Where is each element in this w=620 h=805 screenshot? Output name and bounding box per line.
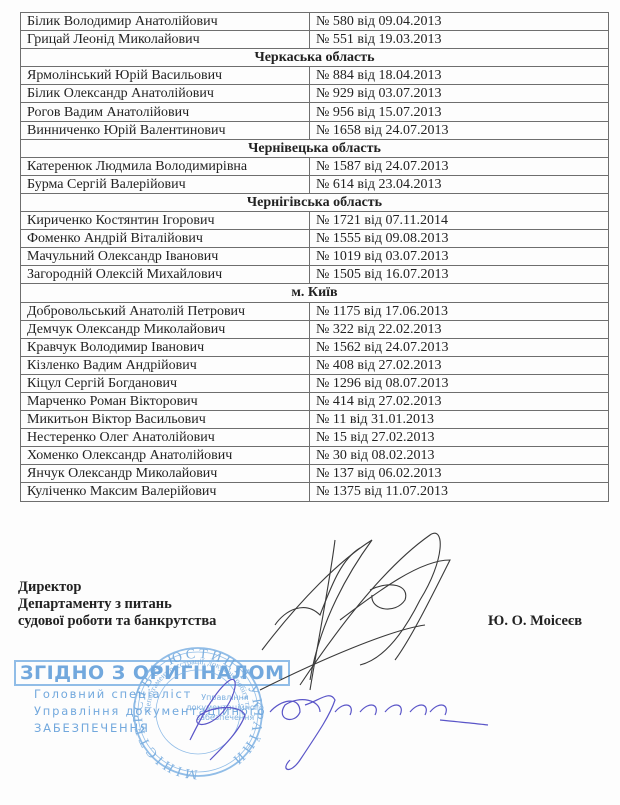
table-row: Фоменко Андрій Віталійович№ 1555 від 09.… bbox=[21, 230, 609, 248]
region-header-row: м. Київ bbox=[21, 284, 609, 302]
person-name: Демчук Олександр Миколайович bbox=[21, 320, 310, 338]
certificate-number: № 322 від 22.02.2013 bbox=[310, 320, 609, 338]
certificate-number: № 1555 від 09.08.2013 bbox=[310, 230, 609, 248]
certificate-number: № 614 від 23.04.2013 bbox=[310, 175, 609, 193]
certificate-number: № 884 від 18.04.2013 bbox=[310, 67, 609, 85]
table-row: Рогов Вадим Анатолійович№ 956 від 15.07.… bbox=[21, 103, 609, 121]
region-header-row: Черкаська область bbox=[21, 49, 609, 67]
person-name: Грицай Леонід Миколайович bbox=[21, 31, 310, 49]
region-name: Черкаська область bbox=[21, 49, 609, 67]
person-name: Ярмолінський Юрій Васильович bbox=[21, 67, 310, 85]
certificate-number: № 408 від 27.02.2013 bbox=[310, 356, 609, 374]
table-row: Добровольський Анатолій Петрович№ 1175 в… bbox=[21, 302, 609, 320]
table-row: Кіцул Сергій Богданович№ 1296 від 08.07.… bbox=[21, 374, 609, 392]
certificate-number: № 11 від 31.01.2013 bbox=[310, 411, 609, 429]
person-name: Кізленко Вадим Андрійович bbox=[21, 356, 310, 374]
certificate-number: № 414 від 27.02.2013 bbox=[310, 392, 609, 410]
region-header-row: Чернівецька область bbox=[21, 139, 609, 157]
person-name: Марченко Роман Вікторович bbox=[21, 392, 310, 410]
person-name: Винниченко Юрій Валентинович bbox=[21, 121, 310, 139]
person-name: Микитьон Віктор Васильович bbox=[21, 411, 310, 429]
copy-stamp: ЗГІДНО З ОРИГІНАЛОМ Головний спеціаліст … bbox=[14, 660, 290, 737]
table-row: Грицай Леонід Миколайович№ 551 від 19.03… bbox=[21, 31, 609, 49]
signatory-title-line: Департаменту з питань bbox=[18, 596, 216, 613]
person-name: Катеренюк Людмила Володимирівна bbox=[21, 157, 310, 175]
certificate-number: № 1375 від 11.07.2013 bbox=[310, 483, 609, 501]
person-name: Рогов Вадим Анатолійович bbox=[21, 103, 310, 121]
table-row: Кравчук Володимир Іванович№ 1562 від 24.… bbox=[21, 338, 609, 356]
table-row: Білик Володимир Анатолійович№ 580 від 09… bbox=[21, 13, 609, 31]
certificate-table: Білик Володимир Анатолійович№ 580 від 09… bbox=[20, 12, 609, 502]
person-name: Білик Олександр Анатолійович bbox=[21, 85, 310, 103]
certificate-number: № 1587 від 24.07.2013 bbox=[310, 157, 609, 175]
table-row: Ярмолінський Юрій Васильович№ 884 від 18… bbox=[21, 67, 609, 85]
table-row: Винниченко Юрій Валентинович№ 1658 від 2… bbox=[21, 121, 609, 139]
region-name: м. Київ bbox=[21, 284, 609, 302]
region-name: Чернігівська область bbox=[21, 193, 609, 211]
table-row: Нестеренко Олег Анатолійович№ 15 від 27.… bbox=[21, 429, 609, 447]
person-name: Мачульний Олександр Іванович bbox=[21, 248, 310, 266]
copy-stamp-line: Управління документаційного bbox=[34, 703, 290, 720]
table-row: Марченко Роман Вікторович№ 414 від 27.02… bbox=[21, 392, 609, 410]
signatory-title-line: судової роботи та банкрутства bbox=[18, 613, 216, 630]
person-name: Добровольський Анатолій Петрович bbox=[21, 302, 310, 320]
certificate-number: № 929 від 03.07.2013 bbox=[310, 85, 609, 103]
table-row: Куліченко Максим Валерійович№ 1375 від 1… bbox=[21, 483, 609, 501]
copy-stamp-line: Головний спеціаліст bbox=[34, 686, 290, 703]
table-row: Кізленко Вадим Андрійович№ 408 від 27.02… bbox=[21, 356, 609, 374]
copy-stamp-heading: ЗГІДНО З ОРИГІНАЛОМ bbox=[14, 660, 290, 686]
person-name: Куліченко Максим Валерійович bbox=[21, 483, 310, 501]
certificate-number: № 137 від 06.02.2013 bbox=[310, 465, 609, 483]
person-name: Фоменко Андрій Віталійович bbox=[21, 230, 310, 248]
certificate-number: № 1019 від 03.07.2013 bbox=[310, 248, 609, 266]
table-row: Загородній Олексій Михайлович№ 1505 від … bbox=[21, 266, 609, 284]
table-row: Бурма Сергій Валерійович№ 614 від 23.04.… bbox=[21, 175, 609, 193]
table-row: Кириченко Костянтин Ігорович№ 1721 від 0… bbox=[21, 212, 609, 230]
signatory-title: Директор Департаменту з питань судової р… bbox=[18, 579, 216, 630]
person-name: Кириченко Костянтин Ігорович bbox=[21, 212, 310, 230]
certificate-number: № 1505 від 16.07.2013 bbox=[310, 266, 609, 284]
certificate-number: № 30 від 08.02.2013 bbox=[310, 447, 609, 465]
table-row: Білик Олександр Анатолійович№ 929 від 03… bbox=[21, 85, 609, 103]
certificate-number: № 1296 від 08.07.2013 bbox=[310, 374, 609, 392]
certificate-number: № 1562 від 24.07.2013 bbox=[310, 338, 609, 356]
person-name: Янчук Олександр Миколайович bbox=[21, 465, 310, 483]
table-row: Мачульний Олександр Іванович№ 1019 від 0… bbox=[21, 248, 609, 266]
certificate-number: № 551 від 19.03.2013 bbox=[310, 31, 609, 49]
certificate-number: № 956 від 15.07.2013 bbox=[310, 103, 609, 121]
person-name: Білик Володимир Анатолійович bbox=[21, 13, 310, 31]
person-name: Кіцул Сергій Богданович bbox=[21, 374, 310, 392]
person-name: Хоменко Олександр Анатолійович bbox=[21, 447, 310, 465]
certificate-number: № 15 від 27.02.2013 bbox=[310, 429, 609, 447]
person-name: Кравчук Володимир Іванович bbox=[21, 338, 310, 356]
table-row: Хоменко Олександр Анатолійович№ 30 від 0… bbox=[21, 447, 609, 465]
signatory-title-line: Директор bbox=[18, 579, 216, 596]
table-row: Демчук Олександр Миколайович№ 322 від 22… bbox=[21, 320, 609, 338]
certificate-number: № 580 від 09.04.2013 bbox=[310, 13, 609, 31]
signatory-name: Ю. О. Моісеєв bbox=[488, 613, 582, 630]
table-row: Микитьон Віктор Васильович№ 11 від 31.01… bbox=[21, 411, 609, 429]
certificate-number: № 1721 від 07.11.2014 bbox=[310, 212, 609, 230]
certificate-number: № 1658 від 24.07.2013 bbox=[310, 121, 609, 139]
region-name: Чернівецька область bbox=[21, 139, 609, 157]
region-header-row: Чернігівська область bbox=[21, 193, 609, 211]
person-name: Нестеренко Олег Анатолійович bbox=[21, 429, 310, 447]
person-name: Загородній Олексій Михайлович bbox=[21, 266, 310, 284]
table-row: Янчук Олександр Миколайович№ 137 від 06.… bbox=[21, 465, 609, 483]
person-name: Бурма Сергій Валерійович bbox=[21, 175, 310, 193]
copy-stamp-line: ЗАБЕЗПЕЧЕННЯ bbox=[34, 720, 290, 737]
table-row: Катеренюк Людмила Володимирівна№ 1587 ві… bbox=[21, 157, 609, 175]
certificate-number: № 1175 від 17.06.2013 bbox=[310, 302, 609, 320]
